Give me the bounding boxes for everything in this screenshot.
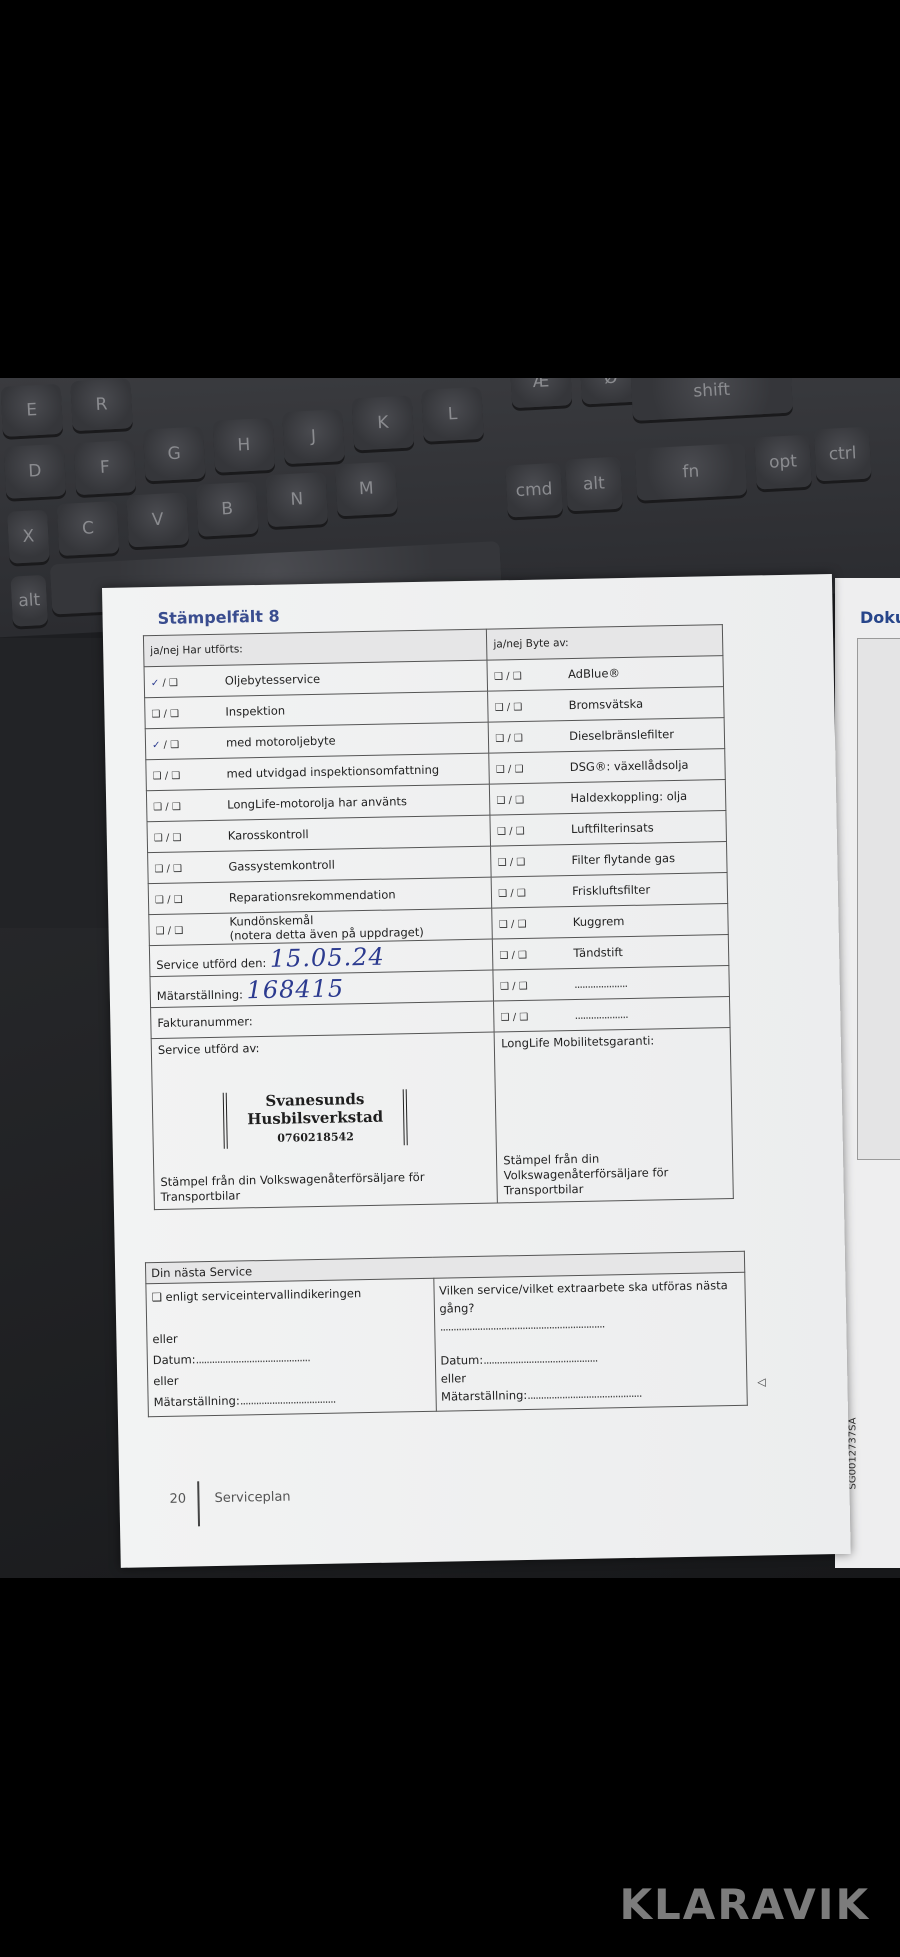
item-label: LongLife-motorolja har använts bbox=[223, 794, 407, 812]
checkbox-pair[interactable]: ❑ / ❑ bbox=[498, 856, 568, 868]
item-label: Luftfilterinsats bbox=[567, 820, 654, 836]
checkbox-pair[interactable]: ❑ / ❑ bbox=[153, 800, 223, 812]
checkbox-pair[interactable]: ❑ / ❑ bbox=[495, 701, 565, 713]
item-label: med motoroljebyte bbox=[222, 734, 336, 750]
key: D bbox=[4, 444, 67, 499]
checkbox-pair[interactable]: ❑ / ❑ bbox=[498, 887, 568, 899]
service-stamp-table: ja/nej Har utförts: ja/nej Byte av: ✓ / … bbox=[143, 624, 734, 1210]
item-label: Tändstift bbox=[569, 945, 623, 960]
odometer-label: Mätarställning: bbox=[157, 987, 243, 1003]
item-label: Kundönskemål (notera detta även på uppdr… bbox=[225, 911, 424, 943]
next-service-right: Vilken service/vilket extraarbete ska ut… bbox=[433, 1272, 747, 1411]
checkbox-pair[interactable]: ❑ / ❑ bbox=[153, 769, 223, 781]
item-label: Gassystemkontroll bbox=[224, 858, 335, 874]
key: M bbox=[335, 461, 398, 516]
right-page-title: Doku bbox=[860, 608, 900, 627]
page-number: 20 bbox=[169, 1492, 186, 1507]
page-title: Stämpelfält 8 bbox=[157, 607, 279, 628]
footer-divider bbox=[197, 1481, 199, 1526]
checkbox-pair[interactable]: ❑ / ❑ bbox=[496, 794, 566, 806]
photo-background: E R Æ Ø D F G H J K L shift X C V B N M … bbox=[0, 378, 900, 1578]
key: fn bbox=[635, 443, 748, 501]
dealer-stamp: Svanesunds Husbilsverkstad 0760218542 bbox=[223, 1089, 408, 1149]
invoice-label: Fakturanummer: bbox=[157, 1014, 253, 1030]
blank-item: .................... bbox=[570, 1007, 627, 1022]
performed-by-label: Service utförd av: bbox=[158, 1041, 260, 1057]
key: shift bbox=[630, 378, 793, 421]
key: B bbox=[196, 482, 259, 537]
key: ctrl bbox=[814, 427, 872, 482]
key: X bbox=[7, 510, 50, 564]
key: R bbox=[70, 378, 133, 431]
checkbox-pair[interactable]: ❑ / ❑ bbox=[499, 918, 569, 930]
item-label: Friskluftsfilter bbox=[568, 883, 650, 899]
odometer-next-field[interactable]: Mätarställning:.........................… bbox=[153, 1387, 430, 1413]
key: J bbox=[282, 409, 345, 464]
stamp-phone: 0760218542 bbox=[277, 1130, 354, 1144]
odometer-value: 168415 bbox=[246, 974, 344, 1004]
check-mark-icon: ✓ bbox=[151, 678, 160, 689]
key: N bbox=[265, 472, 328, 527]
checkbox-pair[interactable]: ❑ / ❑ bbox=[500, 980, 570, 992]
item-label: Karosskontroll bbox=[224, 827, 309, 843]
stamp-caption: Stämpel från din Volkswagenåterförsäljar… bbox=[503, 1149, 733, 1198]
check-mark-icon: ✓ bbox=[152, 740, 161, 751]
key: H bbox=[213, 418, 276, 473]
item-label: Bromsvätska bbox=[564, 697, 643, 713]
service-date-value: 15.05.24 bbox=[270, 943, 385, 973]
key: V bbox=[126, 492, 189, 547]
key: C bbox=[57, 501, 120, 556]
guarantee-label: LongLife Mobilitetsgaranti: bbox=[501, 1033, 654, 1050]
checkbox-pair[interactable]: ❑ / ❑ bbox=[154, 862, 224, 874]
item-label: Reparationsrekommendation bbox=[225, 888, 396, 905]
key: cmd bbox=[505, 463, 563, 518]
checkbox-pair[interactable]: ❑ / ❑ bbox=[151, 707, 221, 719]
item-label: Inspektion bbox=[221, 704, 285, 719]
item-label: med utvidgad inspektionsomfattning bbox=[222, 763, 439, 781]
key: G bbox=[143, 426, 206, 481]
checkbox-pair[interactable]: ❑ / ❑ bbox=[154, 831, 224, 843]
extra-work-question: Vilken service/vilket extraarbete ska ut… bbox=[439, 1276, 740, 1318]
next-service-left: ❑ enligt serviceintervallindikeringen el… bbox=[146, 1278, 436, 1416]
key: K bbox=[352, 395, 415, 450]
item-label: Kuggrem bbox=[569, 914, 625, 929]
checkbox-checked[interactable]: ✓ / ❑ bbox=[151, 676, 221, 688]
checkbox-pair[interactable]: ❑ / ❑ bbox=[496, 763, 566, 775]
right-page-image bbox=[857, 638, 900, 1160]
checkbox-pair[interactable]: ❑ / ❑ bbox=[155, 893, 225, 905]
stamp-caption: Stämpel från din Volkswagenåterförsäljar… bbox=[160, 1169, 497, 1205]
item-label: Haldexkoppling: olja bbox=[566, 789, 687, 805]
blank-item: .................... bbox=[570, 976, 627, 991]
right-header: ja/nej Byte av: bbox=[487, 625, 723, 661]
checkbox-pair[interactable]: ❑ / ❑ bbox=[501, 1011, 571, 1023]
item-label: Dieselbränslefilter bbox=[565, 727, 674, 743]
section-title: Serviceplan bbox=[214, 1490, 290, 1506]
checkbox-pair[interactable]: ❑ / ❑ bbox=[495, 732, 565, 744]
guarantee-cell: LongLife Mobilitetsgaranti: Stämpel från… bbox=[494, 1028, 733, 1203]
item-label: DSG®: växellådsolja bbox=[566, 758, 689, 774]
checkbox-pair[interactable]: ❑ / ❑ bbox=[494, 670, 564, 682]
key: L bbox=[421, 387, 484, 442]
triangle-icon: ◁ bbox=[757, 1375, 766, 1388]
key: F bbox=[74, 440, 137, 495]
item-label: Oljebytesservice bbox=[221, 672, 321, 688]
checkbox-pair[interactable]: ❑ / ❑ bbox=[497, 825, 567, 837]
key: alt bbox=[10, 575, 48, 627]
checkbox-checked[interactable]: ✓ / ❑ bbox=[152, 738, 222, 750]
next-service-table: Din nästa Service ❑ enligt serviceinterv… bbox=[145, 1251, 748, 1417]
key: E bbox=[0, 384, 63, 437]
stamp-line: Husbilsverkstad bbox=[247, 1108, 383, 1129]
performed-by-cell: Service utförd av: Svanesunds Husbilsver… bbox=[151, 1032, 498, 1210]
checkbox-pair[interactable]: ❑ / ❑ bbox=[499, 949, 569, 961]
watermark-logo: KLARAVIK bbox=[620, 1880, 871, 1929]
key: Æ bbox=[510, 378, 573, 408]
item-label: AdBlue® bbox=[564, 666, 620, 681]
checkbox-pair[interactable]: ❑ / ❑ bbox=[155, 924, 225, 936]
item-label: Filter flytande gas bbox=[567, 851, 675, 867]
key: opt bbox=[754, 435, 812, 490]
service-date-label: Service utförd den: bbox=[156, 956, 266, 972]
service-book-page: Stämpelfält 8 ja/nej Har utförts: ja/nej… bbox=[102, 574, 851, 1568]
key: alt bbox=[565, 457, 623, 512]
